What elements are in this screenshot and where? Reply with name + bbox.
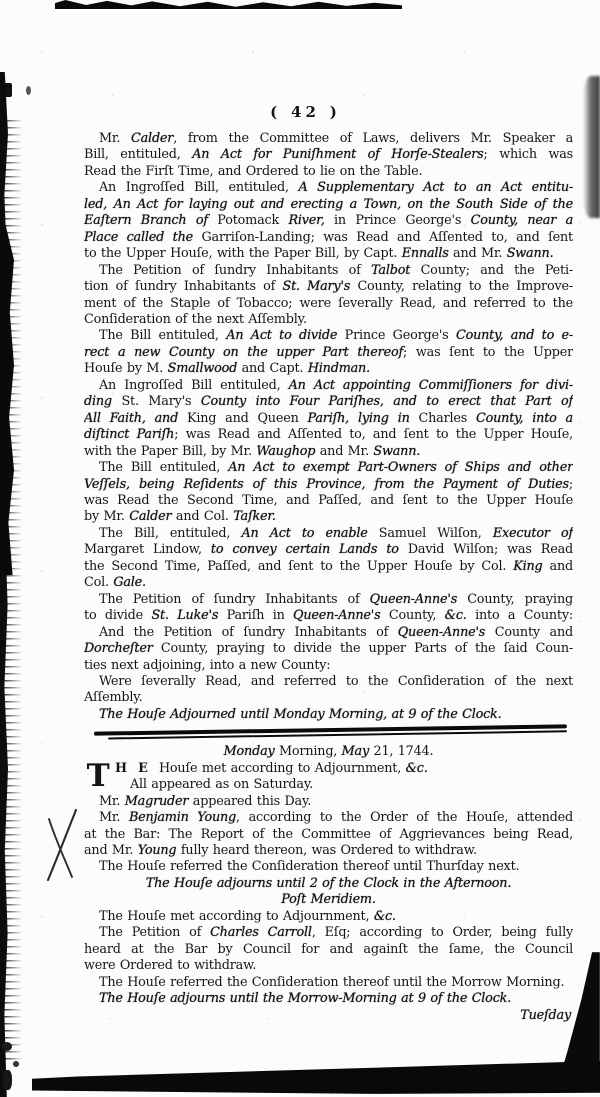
text-segment: 21, 1744. — [374, 744, 434, 759]
text-segment: by Mr. — [84, 509, 129, 524]
text-segment: Gale. — [113, 575, 146, 590]
text-line: The Houſe met according to Adjournment, … — [84, 909, 573, 925]
text-line: Houſe by M. Smallwood and Capt. Hindman. — [84, 361, 573, 377]
text-segment: Bill, entituled, — [84, 147, 192, 162]
text-segment: rect a new County on the upper Part ther… — [84, 345, 403, 360]
text-line: to the Upper Houſe, with the Paper Bill,… — [84, 246, 573, 262]
text-segment: River, — [288, 213, 334, 228]
text-segment: Conſideration of the next Aſſembly. — [84, 312, 307, 327]
text-segment: Eaſtern Branch of — [84, 213, 217, 228]
text-segment: Ennalls — [402, 246, 453, 261]
text-segment: heard at the Bar by Council for and agai… — [84, 942, 573, 957]
text-line: Monday Morning, May 21, 1744. — [84, 744, 573, 760]
text-line: The Petition of ſundry Inhabitants of Qu… — [84, 592, 573, 608]
text-line: Poſt Meridiem. — [84, 892, 573, 908]
scan-artifact-binding-bulge — [0, 225, 14, 575]
text-segment: Tueſday — [520, 1008, 571, 1023]
text-segment: to convey certain Lands to — [211, 542, 408, 557]
text-segment: The Houſe adjourns until 2 of the Clock … — [146, 876, 511, 891]
text-segment: Queen-Anne's — [398, 625, 495, 640]
text-segment: to the Upper Houſe, with the Paper Bill,… — [84, 246, 402, 261]
text-line: An Ingroſſed Bill entituled, An Act appo… — [84, 378, 573, 394]
text-line: Place called the Garriſon-Landing; was R… — [84, 230, 573, 246]
text-segment: Queen-Anne's — [293, 608, 389, 623]
text-segment: An Act to divide — [226, 328, 344, 343]
text-line: Mr. Calder, from the Committee of Laws, … — [84, 131, 573, 147]
text-segment: ; — [569, 477, 573, 492]
text-segment: Houſe by M. — [84, 361, 168, 376]
text-segment: Monday — [224, 744, 279, 759]
text-segment: in Prince George's — [334, 213, 471, 228]
text-line: Conſideration of the next Aſſembly. — [84, 312, 573, 328]
scan-artifact-bottom-bar — [32, 1058, 600, 1095]
text-line: with the Paper Bill, by Mr. Waughop and … — [84, 444, 573, 460]
text-segment: The Bill, entituled, — [99, 526, 241, 541]
text-segment: tion of ſundry Inhabitants of — [84, 279, 283, 294]
text-segment: ding — [84, 394, 121, 409]
text-line: The Houſe adjourns until 2 of the Clock … — [84, 876, 573, 892]
text-segment: May — [342, 744, 374, 759]
text-line: Mr. Benjamin Young, according to the Ord… — [84, 810, 573, 826]
text-segment: Calder — [131, 131, 173, 146]
text-segment: Mr. — [99, 810, 129, 825]
text-segment: The Houſe referred the Conſideration the… — [99, 859, 519, 874]
text-segment: County, — [389, 608, 445, 623]
text-segment: County, into a — [476, 411, 573, 426]
text-line: at the Bar: The Report of the Committee … — [84, 827, 573, 843]
text-segment: Pariſh in — [227, 608, 293, 623]
text-segment: Margaret Lindow, — [84, 542, 211, 557]
text-segment: ; which was — [484, 147, 573, 162]
text-segment: County; and the Peti- — [421, 263, 573, 278]
text-segment: St. Mary's — [121, 394, 200, 409]
text-line: by Mr. Calder and Col. Taſker. — [84, 509, 573, 525]
text-segment: &c. — [374, 909, 396, 924]
text-segment: King — [513, 559, 549, 574]
catchword: Tueſday — [84, 1008, 573, 1024]
text-segment: Waughop — [256, 444, 319, 459]
text-line: heard at the Bar by Council for and agai… — [84, 942, 573, 958]
scan-artifact-binding-streaks — [2, 120, 26, 1065]
text-segment: Hindman. — [308, 361, 370, 376]
page-number: ( 42 ) — [270, 103, 341, 121]
text-line: Veſſels, being Reſidents of this Provinc… — [84, 477, 573, 493]
text-segment: And the Petition of ſundry Inhabitants o… — [99, 625, 398, 640]
monday-proceedings: T H E Houſe met according to Adjournment… — [84, 761, 573, 1024]
text-segment: , Eſq; according to Order, being fully — [312, 925, 573, 940]
text-segment: The Houſe referred the Conſideration the… — [99, 975, 564, 990]
text-segment: H E — [115, 761, 159, 776]
text-segment: ties next adjoining, into a new County: — [84, 658, 330, 673]
text-segment: The Petition of ſundry Inhabitants of — [99, 263, 371, 278]
text-segment: County, relating to the Improve- — [357, 279, 573, 294]
monday-proceedings-lines: H E Houſe met according to Adjournment, … — [84, 761, 573, 1024]
text-line: the Second Time, Paſſed, and ſent to the… — [84, 559, 573, 575]
text-line: tion of ſundry Inhabitants of St. Mary's… — [84, 279, 573, 295]
text-line: All Faith, and King and Queen Pariſh, ly… — [84, 411, 573, 427]
text-line: The Petition of Charles Carroll, Eſq; ac… — [84, 925, 573, 941]
drop-cap-letter: T — [86, 762, 110, 793]
text-segment: was Read the Second Time, and Paſſed, an… — [84, 493, 573, 508]
text-segment: into a County: — [475, 608, 573, 623]
text-segment: and Col. — [176, 509, 233, 524]
text-segment: Swann. — [507, 246, 554, 261]
text-segment: were Ordered to withdraw. — [84, 958, 256, 973]
text-line: H E Houſe met according to Adjournment, … — [115, 761, 573, 777]
text-segment: Smallwood — [168, 361, 242, 376]
text-segment: Queen-Anne's — [370, 592, 468, 607]
text-segment: Houſe met according to Adjournment, — [159, 761, 406, 776]
text-segment: Dorcheſter — [84, 641, 161, 656]
text-segment: Talbot — [371, 263, 421, 278]
text-segment: County and — [495, 625, 573, 640]
text-segment: ; was Read and Aſſented to, and ſent — [311, 230, 573, 245]
journal-page-text-column: ( 42 ) Mr. Calder, from the Committee of… — [84, 104, 573, 1024]
text-segment: St. Luke's — [151, 608, 226, 623]
text-segment: Taſker. — [233, 509, 276, 524]
text-segment: Mr. — [99, 794, 125, 809]
text-segment: Place called the — [84, 230, 202, 245]
text-segment: the Second Time, Paſſed, and ſent to the… — [84, 559, 513, 574]
text-segment: diſtinct Pariſh — [84, 427, 174, 442]
text-segment: The Bill entituled, — [99, 460, 228, 475]
text-segment: Morning, — [279, 744, 342, 759]
text-segment: County, near a — [471, 213, 573, 228]
text-segment: Veſſels, being Reſidents of this Provinc… — [84, 477, 569, 492]
text-line: The Petition of ſundry Inhabitants of Ta… — [84, 263, 573, 279]
text-segment: Samuel Wilſon, — [379, 526, 493, 541]
text-segment: Were ſeverally Read, and referred to the… — [99, 674, 573, 689]
text-segment: at the Bar: The Report of the Committee … — [84, 827, 573, 842]
text-segment: St. Mary's — [283, 279, 358, 294]
text-segment: County, praying to divide the upper Part… — [161, 641, 573, 656]
text-segment: , according to the Order of the Houſe, a… — [236, 810, 573, 825]
text-line: Margaret Lindow, to convey certain Lands… — [84, 542, 573, 558]
text-segment: Pariſh, lying in — [308, 411, 419, 426]
text-segment: and Mr. — [84, 843, 138, 858]
text-line: The Bill entituled, An Act to divide Pri… — [84, 328, 573, 344]
text-segment: ; was ſent to the Upper — [403, 345, 573, 360]
text-line: to divide St. Luke's Pariſh in Queen-Ann… — [84, 608, 573, 624]
scan-artifact-left-speck-small — [26, 86, 31, 95]
text-segment: appeared this Day. — [193, 794, 311, 809]
text-segment: &c. — [406, 761, 428, 776]
text-segment: Magruder — [125, 794, 193, 809]
text-line: The Houſe adjourns until the Morrow-Morn… — [84, 991, 573, 1007]
saturday-proceedings: Mr. Calder, from the Committee of Laws, … — [84, 131, 573, 723]
text-segment: Swann. — [373, 444, 420, 459]
text-segment: County into Four Pariſhes, and to erect … — [201, 394, 573, 409]
handwritten-x-mark — [41, 806, 83, 884]
text-line: An Ingroſſed Bill, entituled, A Suppleme… — [84, 180, 573, 196]
text-segment: David Wilſon — [408, 542, 494, 557]
text-segment: Executor of — [493, 526, 573, 541]
text-line: ties next adjoining, into a new County: — [84, 658, 573, 674]
text-segment: A Supplementary Act to an Act entitu- — [298, 180, 573, 195]
text-segment: to divide — [84, 608, 151, 623]
text-segment: All appeared as on Saturday. — [130, 777, 313, 792]
text-segment: led, An Act for laying out and erecting … — [84, 197, 573, 212]
text-segment: An Act appointing Commiſſioners for divi… — [289, 378, 573, 393]
text-segment: and Capt. — [242, 361, 308, 376]
text-segment: Charles — [419, 411, 477, 426]
text-line: All appeared as on Saturday. — [115, 777, 573, 793]
text-segment: Aſſembly. — [84, 690, 143, 705]
text-line: and Mr. Young fully heard thereon, was O… — [84, 843, 573, 859]
text-line: The Bill, entituled, An Act to enable Sa… — [84, 526, 573, 542]
text-segment: ; was Read and Aſſented to, and ſent to … — [174, 427, 573, 442]
text-line: rect a new County on the upper Part ther… — [84, 345, 573, 361]
monday-date-heading: Monday Morning, May 21, 1744. — [84, 744, 573, 760]
scan-artifact-top-edge — [55, 0, 402, 9]
scan-artifact-bottom-left-speck — [3, 1070, 12, 1090]
section-divider-rule — [94, 725, 567, 744]
text-segment: Potomack — [217, 213, 288, 228]
text-segment: and Mr. — [453, 246, 507, 261]
text-segment: County, and to e- — [456, 328, 573, 343]
text-segment: Charles Carroll — [210, 925, 312, 940]
text-segment: and Mr. — [320, 444, 374, 459]
scan-artifact-bottom-left-speck — [13, 1061, 19, 1067]
text-segment: An Act to exempt Part-Owners of Ships an… — [228, 460, 573, 475]
text-segment: with the Paper Bill, by Mr. — [84, 444, 256, 459]
text-segment: Mr. — [99, 131, 131, 146]
text-line: were Ordered to withdraw. — [84, 958, 573, 974]
text-segment: The Houſe Adjourned until Monday Morning… — [99, 707, 501, 722]
text-segment: King and Queen — [187, 411, 308, 426]
scan-artifact-left-speck — [0, 83, 12, 97]
text-segment: , from the Committee of Laws, delivers M… — [173, 131, 573, 146]
text-segment: Calder — [129, 509, 176, 524]
text-segment: and — [550, 559, 573, 574]
text-line: The Bill entituled, An Act to exempt Par… — [84, 460, 573, 476]
text-line: Read the Firſt Time, and Ordered to lie … — [84, 164, 573, 180]
text-line: ment of the Staple of Tobacco; were ſeve… — [84, 296, 573, 312]
page-header: ( 42 ) — [84, 104, 527, 128]
text-line: Bill, entituled, An Act for Puniſhment o… — [84, 147, 573, 163]
text-segment: ; was Read — [494, 542, 573, 557]
text-segment: Young — [138, 843, 181, 858]
text-segment: An Ingroſſed Bill entituled, — [99, 378, 289, 393]
text-segment: Benjamin Young — [129, 810, 236, 825]
text-line: The Houſe referred the Conſideration the… — [84, 975, 573, 991]
text-segment: An Act to enable — [241, 526, 378, 541]
text-segment: Prince George's — [345, 328, 456, 343]
scan-artifact-bottom-left-speck — [2, 1042, 12, 1051]
text-segment: &c. — [445, 608, 475, 623]
text-segment: Garriſon-Landing — [202, 230, 311, 245]
text-line: diſtinct Pariſh; was Read and Aſſented t… — [84, 427, 573, 443]
text-segment: Poſt Meridiem. — [281, 892, 376, 907]
text-segment: The Houſe adjourns until the Morrow-Morn… — [99, 991, 511, 1006]
text-segment: Col. — [84, 575, 113, 590]
text-segment: County, praying — [467, 592, 573, 607]
text-line: Dorcheſter County, praying to divide the… — [84, 641, 573, 657]
text-segment: The Houſe met according to Adjournment, — [99, 909, 374, 924]
text-line: And the Petition of ſundry Inhabitants o… — [84, 625, 573, 641]
text-line: Col. Gale. — [84, 575, 573, 591]
text-segment: An Ingroſſed Bill, entituled, — [99, 180, 298, 195]
text-segment: fully heard thereon, was Ordered to with… — [181, 843, 477, 858]
text-line: Mr. Magruder appeared this Day. — [84, 794, 573, 810]
scan-artifact-binding-edge — [0, 72, 8, 1097]
text-line: was Read the Second Time, and Paſſed, an… — [84, 493, 573, 509]
text-line: The Houſe Adjourned until Monday Morning… — [84, 707, 573, 723]
text-line: ding St. Mary's County into Four Pariſhe… — [84, 394, 573, 410]
text-line: Were ſeverally Read, and referred to the… — [84, 674, 573, 690]
text-segment: The Bill entituled, — [99, 328, 226, 343]
text-segment: ment of the Staple of Tobacco; were ſeve… — [84, 296, 573, 311]
text-segment: Read the Firſt Time, and Ordered to lie … — [84, 164, 422, 179]
text-line: Eaſtern Branch of Potomack River, in Pri… — [84, 213, 573, 229]
text-segment: An Act for Puniſhment of Horſe-Stealers — [192, 147, 483, 162]
text-segment: The Petition of — [99, 925, 210, 940]
scan-artifact-right-smudge — [583, 76, 600, 218]
text-line: led, An Act for laying out and erecting … — [84, 197, 573, 213]
text-line: Aſſembly. — [84, 690, 573, 706]
text-segment: The Petition of ſundry Inhabitants of — [99, 592, 370, 607]
text-line: The Houſe referred the Conſideration the… — [84, 859, 573, 875]
text-segment: All Faith, and — [84, 411, 187, 426]
